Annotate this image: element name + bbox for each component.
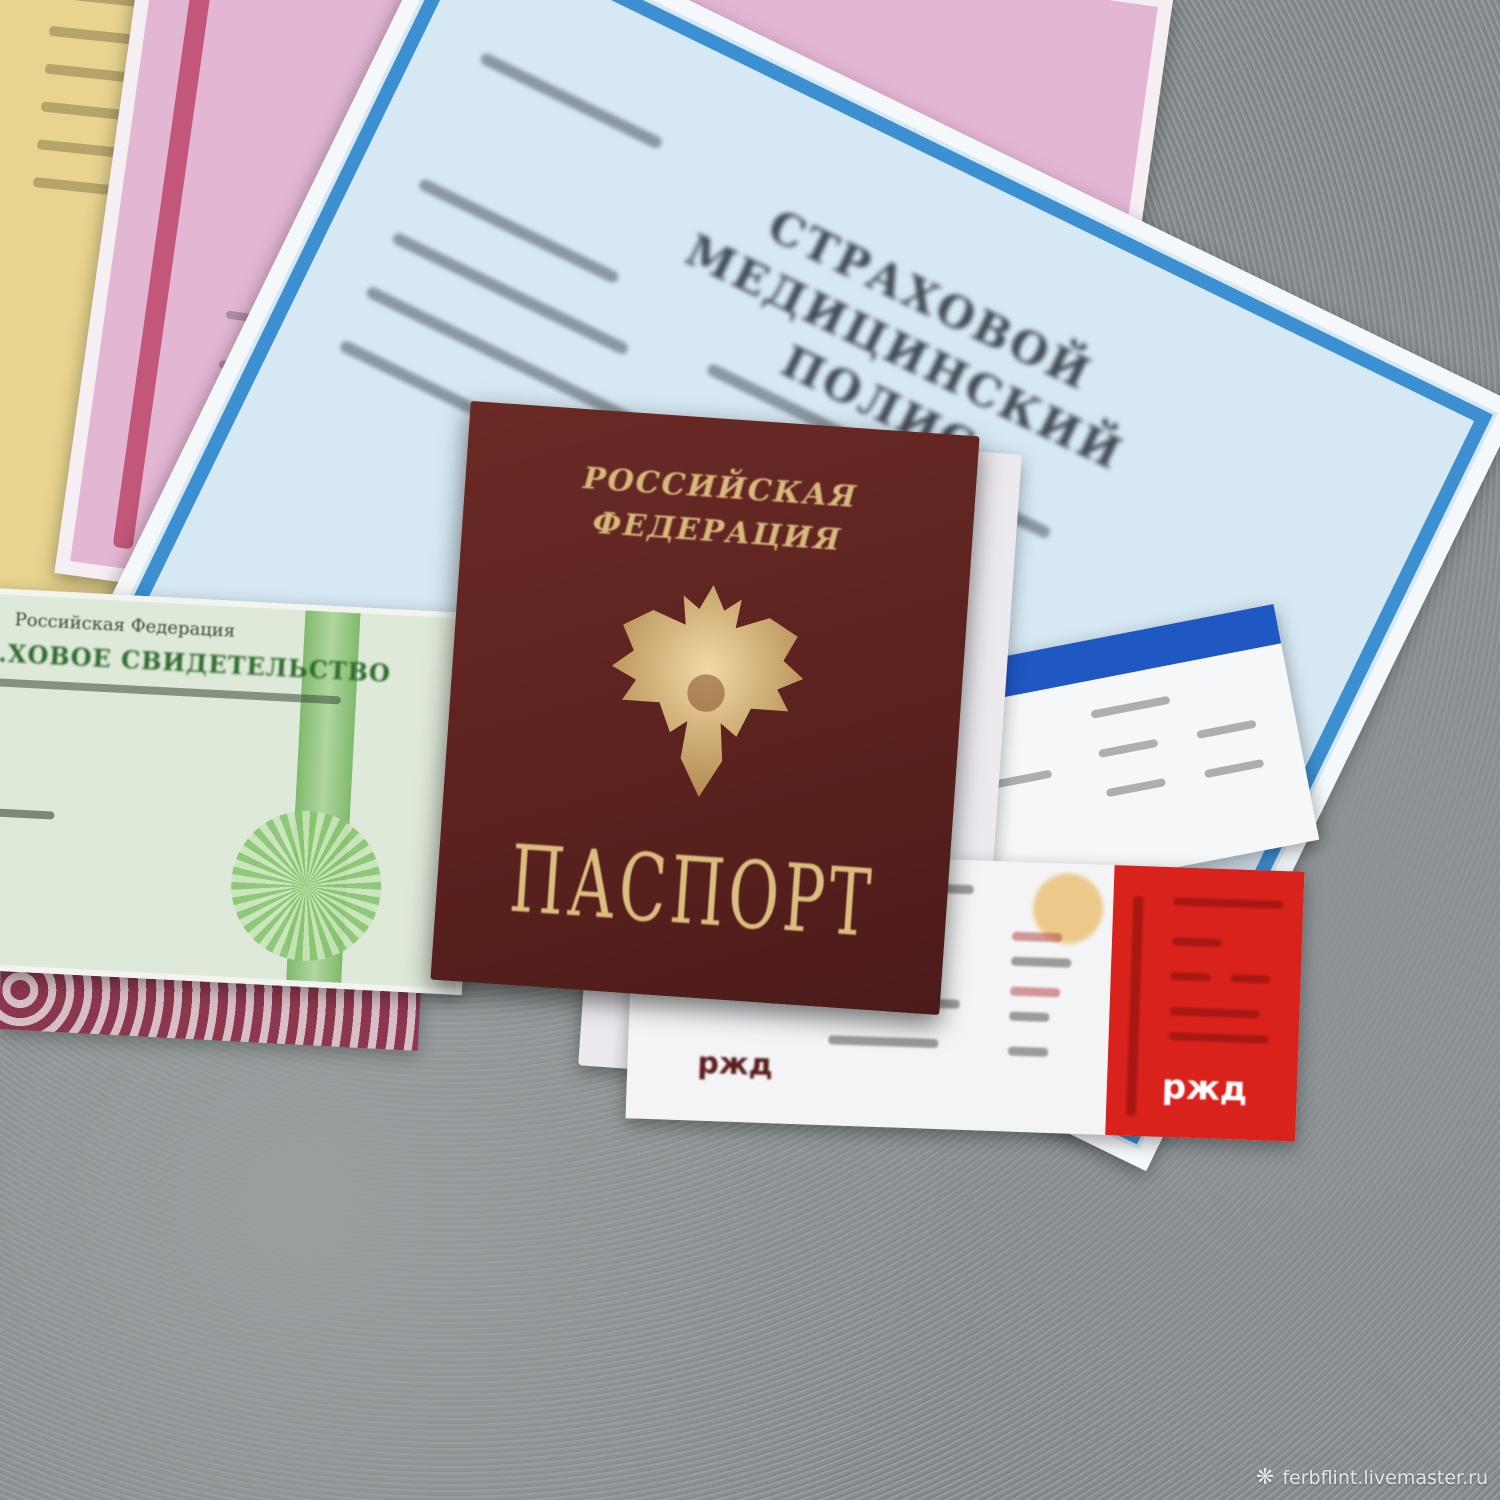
livemaster-logo-icon: ❋ bbox=[1256, 1465, 1274, 1490]
pension-insurance-card: Российская Федерация …ХОВОЕ СВИДЕТЕЛЬСТВ… bbox=[0, 587, 482, 995]
watermark: ❋ ferbflint.livemaster.ru bbox=[1256, 1465, 1488, 1490]
double-headed-eagle-icon bbox=[593, 561, 820, 825]
passport: РОССИЙСКАЯ ФЕДЕРАЦИЯ ПАСПОРТ bbox=[430, 401, 979, 1015]
train-ticket-stub: ржд bbox=[1105, 865, 1304, 1141]
passport-label: ПАСПОРТ bbox=[434, 819, 950, 964]
rosette-icon bbox=[227, 807, 385, 965]
passport-country: РОССИЙСКАЯ ФЕДЕРАЦИЯ bbox=[461, 449, 976, 572]
watermark-text: ferbflint.livemaster.ru bbox=[1282, 1467, 1488, 1489]
rzd-stub-logo: ржд bbox=[1161, 1067, 1248, 1110]
photo-scene: СТРАХОВОЙ МЕДИЦИНСКИЙ ПОЛИС 𝒮𝒞 Российска… bbox=[0, 0, 1500, 1500]
rzd-logo: ржд bbox=[697, 1046, 774, 1084]
card-country: Российская Федерация bbox=[14, 609, 236, 642]
